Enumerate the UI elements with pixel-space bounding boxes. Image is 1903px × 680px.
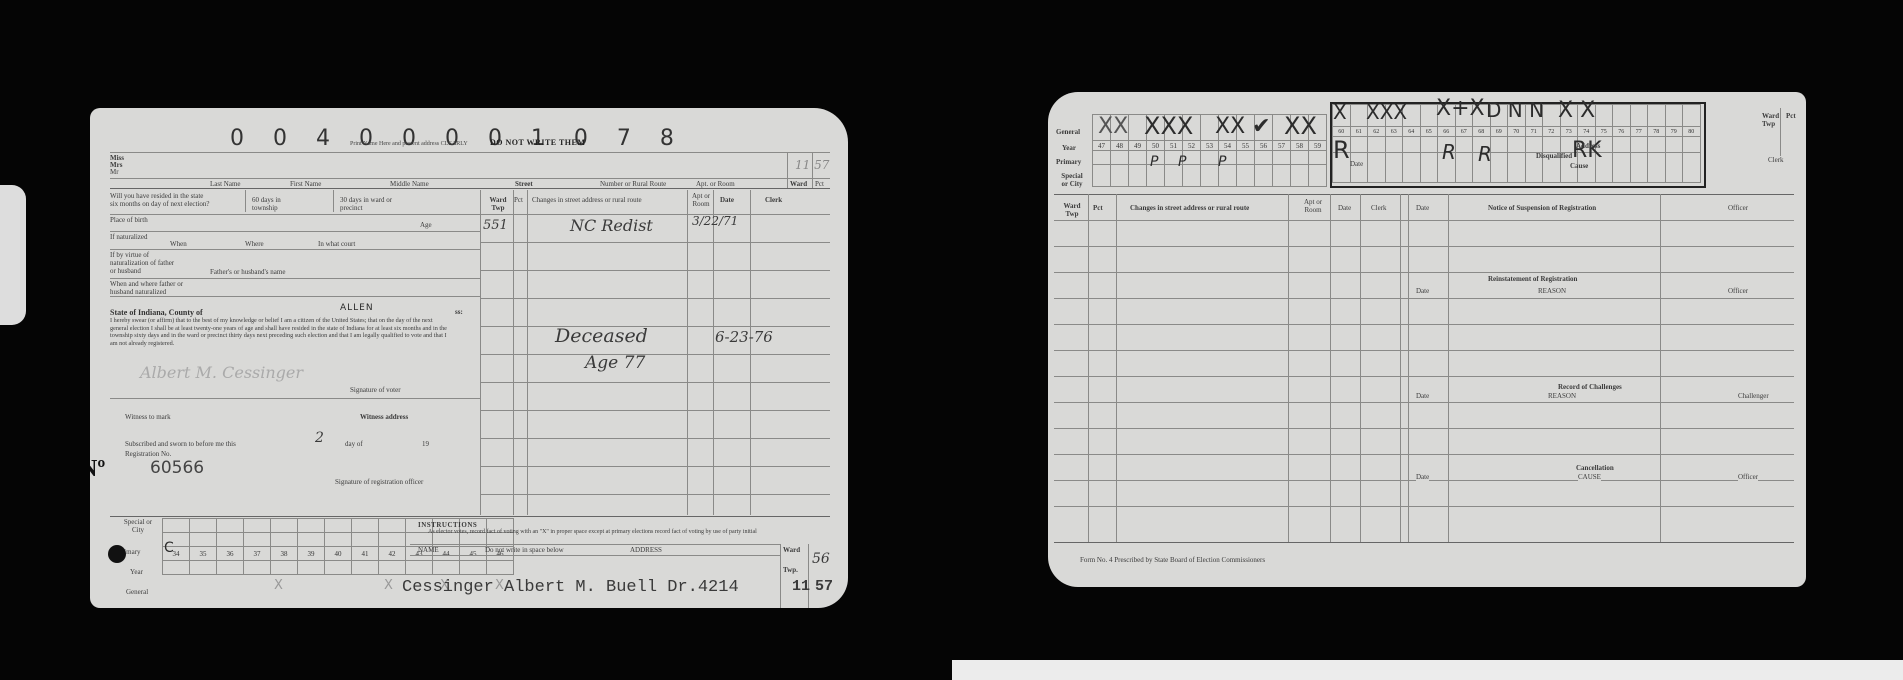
do-not-write-label: Do not write in space below [485, 546, 564, 554]
apt-label: Apt. or Room [696, 180, 735, 188]
ss-label: ss: [455, 308, 463, 316]
residence-question: Will you have resided in the state six m… [110, 192, 210, 208]
challenges-header-date: Date [1416, 392, 1429, 400]
row-label-year: Year [1062, 144, 1076, 152]
reinstatement-title: Reinstatement of Registration [1488, 275, 1577, 283]
challenges-title: Record of Challenges [1558, 383, 1622, 391]
form-footer: Form No. 4 Prescribed by State Board of … [1080, 556, 1265, 564]
reinstatement-header-officer: Officer [1728, 287, 1748, 295]
voter-signature-label: Signature of voter [350, 386, 401, 394]
header-instruction: Print Name Here and present address CLEA… [350, 141, 468, 147]
witness-mark-label: Witness to mark [125, 413, 171, 421]
registration-number: 60566 [150, 458, 204, 478]
change-row-1-date: 3/22/71 [692, 214, 738, 228]
year-cell: 79 [1665, 127, 1683, 137]
year-cell: 42 [379, 547, 406, 561]
twp-column-label: Twp. [783, 566, 798, 574]
year-cell: 66 [1438, 127, 1456, 137]
registration-card-back: General Year Primary Special or City 47 … [1048, 92, 1806, 587]
year-cell: 67 [1455, 127, 1473, 137]
row-label-special: Special or City [1058, 172, 1086, 188]
clerk-label: Clerk [1768, 156, 1784, 164]
year-cell: 57 [1273, 141, 1291, 151]
pct-label: Pct [1786, 112, 1796, 120]
challenges-header-challenger: Challenger [1738, 392, 1769, 400]
changes-header-clerk: Clerk [765, 196, 782, 204]
back-header-apt: Apt or Room [1300, 198, 1326, 214]
change-row-5-address: Deceased [555, 325, 648, 347]
general-mark-47-48: XX [1098, 114, 1128, 139]
back-header-address: Changes in street address or rural route [1130, 204, 1280, 212]
residence-60-days: 60 days in township [252, 196, 307, 212]
year-cell: 37 [244, 547, 271, 561]
year-cell: 80 [1683, 127, 1701, 137]
year-cell: 63 [1385, 127, 1403, 137]
challenges-header-reason: REASON [1548, 392, 1576, 400]
address-label: Address [1576, 142, 1600, 150]
typed-pct-value: 57 [815, 578, 833, 595]
father-name-label: Father's or husband's name [210, 268, 285, 276]
cancellation-header-date: Date [1416, 473, 1429, 481]
year-cell: 56 [1255, 141, 1273, 151]
serial-number: 0 0 4 0 0 0 0 1 0 7 8 [230, 126, 685, 151]
where-label: Where [245, 240, 264, 248]
cause-label: Cause [1570, 162, 1588, 170]
instructions-text: As elector votes, record fact of voting … [428, 529, 818, 536]
primary-mark-52: P [1178, 154, 1186, 170]
back-header-date: Date [1338, 204, 1351, 212]
year-cell: 51 [1165, 141, 1183, 151]
typed-voter-name-address: Cessinger Albert M. Buell Dr.4214 [402, 578, 739, 597]
year-cell: 69 [1490, 127, 1508, 137]
father-when-label: When and where father or husband natural… [110, 280, 200, 296]
reinstatement-header-date: Date [1416, 287, 1429, 295]
year-cell: 78 [1648, 127, 1666, 137]
change-row-1-address: NC Redist [570, 216, 653, 235]
scan-edge-artifact [0, 185, 26, 325]
general-mark-54-56: XX ✔ [1215, 114, 1271, 139]
primary-mark-66: R [1442, 140, 1456, 164]
general-marks-62-64: XXX [1366, 100, 1407, 124]
ward-label: Ward [1762, 112, 1779, 120]
middle-name-label: Middle Name [390, 180, 429, 188]
row-label-year: Year [130, 568, 143, 576]
primary-mark-54: P [1218, 154, 1226, 170]
ward-column-label: Ward [783, 546, 800, 554]
changes-header-pct: Pct [514, 196, 523, 204]
general-marks-73-74: X X [1558, 98, 1595, 123]
county-value: ALLEN [340, 303, 374, 313]
ward-label: Ward [790, 180, 807, 188]
registration-no-prefix: Nº [90, 456, 105, 483]
general-marks-69-71: D N N [1486, 98, 1544, 122]
cancellation-title: Cancellation [1576, 464, 1614, 472]
row-label-special: Special or City [118, 518, 158, 534]
naturalized-label: If naturalized [110, 233, 150, 241]
year-cell: 71 [1525, 127, 1543, 137]
year-cell: 52 [1183, 141, 1201, 151]
year-cell: 55 [1237, 141, 1255, 151]
typed-ward-value: 11 [792, 578, 810, 595]
subscribed-label: Subscribed and sworn to before me this [125, 440, 236, 448]
changes-header-address: Changes in street address or rural route [532, 196, 687, 204]
officer-signature-label: Signature of registration officer [335, 478, 423, 486]
cancellation-header-cause: CAUSE [1578, 473, 1601, 481]
date-label: Date [1350, 160, 1363, 168]
day-value: 2 [315, 430, 324, 446]
primary-mark-50: P [1150, 154, 1158, 170]
year-cell: 39 [298, 547, 325, 561]
number-label: Number or Rural Route [600, 180, 666, 188]
year-cell: 49 [1129, 141, 1147, 151]
year-cell: 77 [1630, 127, 1648, 137]
year-cell: 36 [217, 547, 244, 561]
year-cell: 65 [1420, 127, 1438, 137]
general-mark-50-52: XXX [1144, 112, 1193, 140]
primary-mark-60: R [1333, 136, 1350, 164]
age-label: Age [420, 221, 432, 229]
salutation-mr: Mr [110, 168, 119, 176]
back-header-clerk: Clerk [1371, 204, 1387, 212]
twp-label: Twp [1762, 120, 1775, 128]
year-cell: 58 [1291, 141, 1309, 151]
pct-handwritten: 56 [812, 551, 830, 567]
year-cell: 45 [460, 547, 487, 561]
general-mark-38: X [274, 578, 283, 593]
year-cell: 53 [1201, 141, 1219, 151]
year-cell: 38 [271, 547, 298, 561]
year-cell: 74 [1578, 127, 1596, 137]
back-header-pct: Pct [1093, 204, 1103, 212]
father-naturalization-label: If by virtue of naturalization of father… [110, 251, 175, 275]
year-cell: 47 [1093, 141, 1111, 151]
voter-signature: Albert M. Cessinger [140, 363, 303, 382]
primary-mark-34: C [164, 540, 174, 556]
name-column-label: NAME [418, 546, 439, 554]
pct-label: Pct [815, 180, 824, 188]
primary-mark-68: R [1478, 142, 1492, 166]
reinstatement-header-reason: REASON [1538, 287, 1566, 295]
instructions-title: INSTRUCTIONS [418, 521, 477, 529]
court-label: In what court [318, 240, 355, 248]
address-column-label: ADDRESS [630, 546, 662, 554]
year-cell: 75 [1595, 127, 1613, 137]
place-of-birth-label: Place of birth [110, 216, 150, 224]
year-cell: 70 [1508, 127, 1526, 137]
row-label-primary: Primary [1056, 158, 1081, 166]
year-cell: 40 [325, 547, 352, 561]
changes-header-date: Date [720, 196, 734, 204]
changes-header-apt: Apt or Room [689, 192, 713, 208]
suspension-header-title: Notice of Suspension of Registration [1488, 204, 1596, 212]
when-label: When [170, 240, 187, 248]
scan-border-strip [952, 660, 1903, 680]
street-label: Street [515, 180, 533, 188]
year-cell: 41 [352, 547, 379, 561]
disqualified-label: Disqualified [1536, 152, 1572, 160]
suspension-header-date: Date [1416, 204, 1429, 212]
residence-30-days: 30 days in ward or precinct [340, 196, 410, 212]
punch-hole [108, 545, 126, 563]
change-row-6-address: Age 77 [585, 353, 645, 373]
suspension-header-officer: Officer [1728, 204, 1748, 212]
year-cell: 50 [1147, 141, 1165, 151]
year-cell: 62 [1368, 127, 1386, 137]
cancellation-header-officer: Officer [1738, 473, 1758, 481]
registration-card-front: 0 0 4 0 0 0 0 1 0 7 8 Print Name Here an… [90, 108, 848, 608]
registration-no-label: Registration No. [125, 450, 171, 458]
last-name-label: Last Name [210, 180, 241, 188]
year-cell: 68 [1473, 127, 1491, 137]
changes-header-ward: Ward Twp [485, 196, 511, 212]
row-label-general: General [1056, 128, 1080, 136]
header-warning: DO NOT WRITE THEM [490, 138, 585, 147]
first-name-label: First Name [290, 180, 321, 188]
change-row-5-date: 6-23-76 [715, 328, 773, 346]
year-cell: 48 [1111, 141, 1129, 151]
year-cell: 59 [1309, 141, 1327, 151]
back-header-ward: Ward Twp [1060, 202, 1084, 218]
witness-address-label: Witness address [360, 413, 408, 421]
row-label-general: General [126, 588, 148, 596]
year-cell: 61 [1350, 127, 1368, 137]
oath-text: I hereby swear (or affirm) that to the b… [110, 317, 450, 347]
change-row-1-ward: 551 [483, 218, 508, 233]
year-cell: 73 [1560, 127, 1578, 137]
general-mark-60: X [1333, 100, 1347, 124]
year-cell: 72 [1543, 127, 1561, 137]
general-marks-66-68: X+X [1436, 96, 1485, 121]
state-county-label: State of Indiana, County of [110, 308, 203, 317]
general-mark-58-59: XX [1284, 112, 1317, 140]
year-cell: 60 [1333, 127, 1351, 137]
year-cell: 64 [1403, 127, 1421, 137]
year-cell: 76 [1613, 127, 1631, 137]
year-cell: 54 [1219, 141, 1237, 151]
year-label: 19 [422, 440, 429, 448]
year-cell: 35 [190, 547, 217, 561]
day-of-label: day of [345, 440, 363, 448]
general-mark-42: X [384, 578, 393, 593]
